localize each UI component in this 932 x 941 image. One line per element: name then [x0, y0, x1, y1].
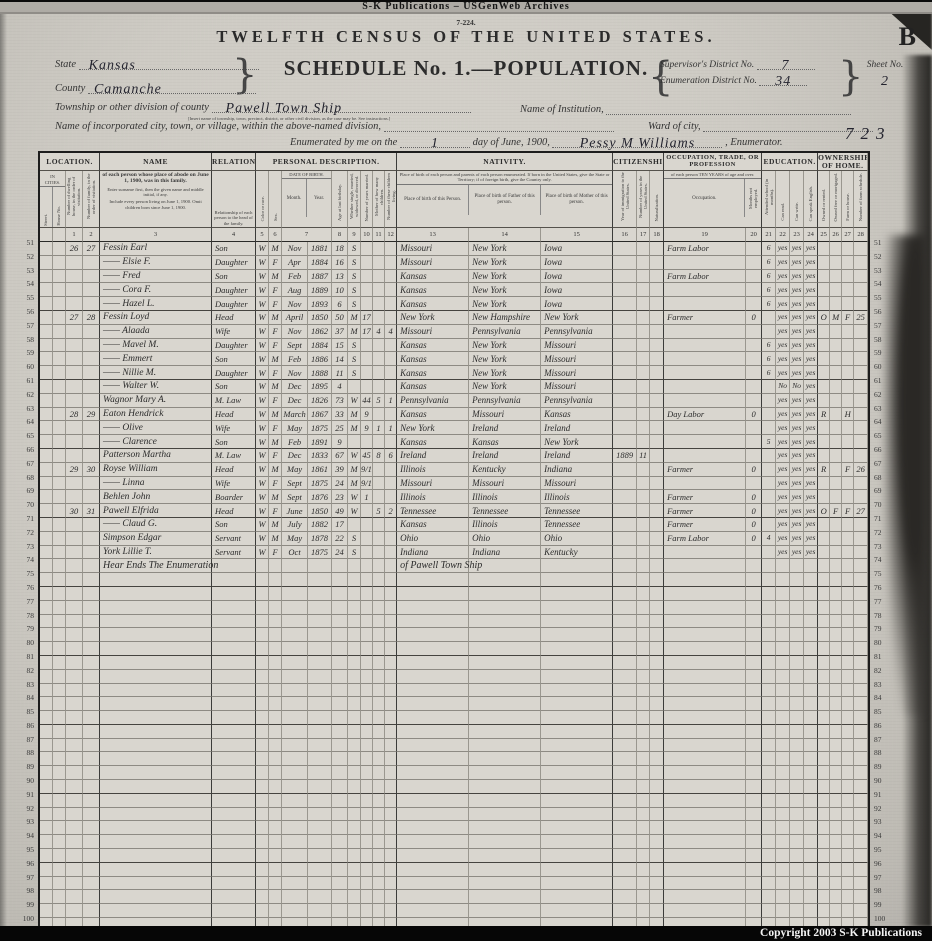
line-number: 92 [874, 802, 896, 816]
table-row [40, 628, 868, 642]
enumeration-district-label: Enumeration District No. [660, 76, 757, 86]
state-value-handwritten: Kansas [89, 58, 136, 73]
census-table-header: LOCATION. NAME RELATION. PERSONAL DESCRI… [40, 153, 868, 242]
line-number: 63 [12, 402, 34, 416]
pob-father-label: Place of birth of Father of this person. [469, 185, 541, 215]
line-number: 84 [12, 691, 34, 705]
line-number: 85 [12, 705, 34, 719]
family-column-label: Number of family, in the order of visita… [83, 171, 100, 228]
line-number: 70 [12, 498, 34, 512]
dob-label: DATE OF BIRTH. [282, 171, 331, 178]
sheet-number-block: Sheet No. 2 [857, 60, 913, 90]
line-number: 75 [12, 567, 34, 581]
sex-column-label: Sex. [269, 171, 282, 228]
table-row [40, 684, 868, 698]
table-row [40, 808, 868, 822]
dob-month-label: Month. [282, 179, 307, 217]
line-number: 83 [12, 678, 34, 692]
marital-column-label: Whether single, married, widowed, or div… [348, 171, 361, 228]
line-number: 52 [12, 250, 34, 264]
table-row: —— Mavel M.DaughterWFSept188415SKansasNe… [40, 339, 868, 353]
table-row [40, 711, 868, 725]
table-row [40, 642, 868, 656]
enumerator-label: , Enumerator. [725, 137, 782, 148]
table-row: —— Cora F.DaughterWFAug188910SKansasNew … [40, 283, 868, 297]
table-row [40, 877, 868, 891]
city-label: Name of incorporated city, town, or vill… [55, 121, 381, 132]
line-number: 86 [12, 719, 34, 733]
table-row [40, 752, 868, 766]
line-number: 99 [874, 898, 896, 912]
line-number: 87 [874, 733, 896, 747]
line-number: 53 [12, 264, 34, 278]
township-label: Township or other division of county [55, 102, 209, 113]
copyright-text: Copyright 2003 S-K Publications [760, 927, 922, 939]
line-number: 55 [12, 291, 34, 305]
line-number: 77 [12, 595, 34, 609]
line-number: 97 [874, 871, 896, 885]
line-number: 76 [12, 581, 34, 595]
archive-banner-text: S-K Publications – USGenWeb Archives [362, 1, 570, 12]
table-row [40, 656, 868, 670]
line-number: 54 [12, 277, 34, 291]
table-row: —— Walter W.SonWMDec18954KansasNew YorkM… [40, 380, 868, 394]
table-row: 2930Royse WilliamHeadWMMay186139M9/12Ill… [40, 463, 868, 477]
immigration-year-column-label: Year of immigration to the United States… [613, 171, 637, 228]
occupation-column-label: Occupation. [664, 179, 745, 217]
table-row: 2728Fessin LoydHeadWMApril185050M17New Y… [40, 311, 868, 325]
line-number: 91 [12, 788, 34, 802]
dob-header: DATE OF BIRTH. Month. Year. [282, 171, 332, 228]
supervisor-district-label: Supervisor's District No. [660, 60, 754, 70]
table-row [40, 904, 868, 918]
page-number-handwritten: 723 [845, 124, 892, 144]
line-number: 68 [12, 471, 34, 485]
line-number: 80 [12, 636, 34, 650]
sheet-label: Sheet No. [857, 60, 913, 70]
state-line: State Kansas [55, 58, 259, 70]
occupation-desc: of each person TEN YEARS of age and over… [664, 171, 761, 178]
line-number: 93 [12, 815, 34, 829]
group-ownership: OWNERSHIP OF HOME. [818, 153, 868, 171]
line-number: 99 [12, 898, 34, 912]
census-table-body: 2627Fessin EarlSonWMNov188118SMissouriNe… [40, 242, 868, 932]
table-row: Simpson EdgarServantWMMay187822SOhioOhio… [40, 532, 868, 546]
table-row: Behlen JohnBoarderWMSept187623W1Illinois… [40, 490, 868, 504]
table-row: —— Nillie M.DaughterWFNov188811SKansasNe… [40, 366, 868, 380]
line-number: 60 [12, 360, 34, 374]
table-row [40, 849, 868, 863]
line-number: 74 [12, 553, 34, 567]
table-row: 3031Pawell ElfridaHeadWFJune185049W52Ten… [40, 504, 868, 518]
table-row [40, 863, 868, 877]
table-row [40, 780, 868, 794]
school-column-label: Attended school (in months). [762, 171, 776, 228]
table-row [40, 794, 868, 808]
line-number: 88 [12, 746, 34, 760]
table-row: 2627Fessin EarlSonWMNov188118SMissouriNe… [40, 242, 868, 256]
farm-house-column-label: Farm or house. [842, 171, 854, 228]
table-row [40, 739, 868, 753]
pob-person-label: Place of birth of this Person. [397, 185, 469, 215]
form-number: 7-224. [0, 18, 932, 27]
months-unemployed-column-label: Months not employed. [748, 179, 758, 217]
line-number: 72 [12, 526, 34, 540]
county-line: County Camanche [55, 82, 256, 94]
house-no-column-label: House No. [56, 205, 61, 227]
line-number: 78 [12, 609, 34, 623]
group-name: NAME [100, 153, 212, 171]
can-read-column-label: Can read. [776, 171, 790, 228]
line-number: 61 [12, 374, 34, 388]
years-us-column-label: Number of years in the United States. [637, 171, 650, 228]
line-number: 65 [12, 429, 34, 443]
enumerated-label: Enumerated by me on the [290, 137, 397, 148]
line-number: 91 [874, 788, 896, 802]
table-row: —— Hazel L.DaughterWFNov18936SKansasNew … [40, 297, 868, 311]
line-number: 67 [12, 457, 34, 471]
ward-line: Ward of city, [648, 120, 873, 132]
table-row: 2829Eaton HendrickHeadWMMarch186733M9Kan… [40, 408, 868, 422]
can-write-column-label: Can write. [790, 171, 804, 228]
table-row [40, 821, 868, 835]
table-row: Hear Ends The Enumerationof Pawell Town … [40, 559, 868, 573]
table-row: —— ClarenceSonWMFeb18919KansasKansasNew … [40, 435, 868, 449]
scan-edge-left [0, 0, 7, 941]
table-row: —— LinnaWifeWFSept187524M9/12MissouriMis… [40, 477, 868, 491]
naturalization-column-label: Naturalization. [650, 171, 664, 228]
institution-label: Name of Institution, [520, 104, 604, 115]
table-row: Wagnor Mary A.M. LawWFDec182673W4451Penn… [40, 394, 868, 408]
table-row: —— EmmertSonWMFeb188614SKansasNew YorkMi… [40, 352, 868, 366]
ward-label: Ward of city, [648, 121, 701, 132]
scan-artifact-blob [884, 235, 926, 715]
street-column-label: Street. [43, 213, 48, 227]
line-number: 90 [12, 774, 34, 788]
column-numbers-row: 12 3 4 56 7 89 1011 12 131415 161718 192… [40, 228, 868, 242]
line-number: 96 [874, 857, 896, 871]
in-cities-label: IN CITIES. [40, 173, 65, 186]
children-living-column-label: Number of these children living. [385, 171, 397, 228]
table-row: York Lillie T.ServantWFOct187524SIndiana… [40, 546, 868, 560]
table-row [40, 615, 868, 629]
line-number: 64 [12, 415, 34, 429]
sheet-side-letter: B [899, 22, 916, 52]
line-number: 73 [12, 540, 34, 554]
line-number: 59 [12, 346, 34, 360]
line-number: 95 [874, 843, 896, 857]
line-number: 88 [874, 746, 896, 760]
enumerated-line: Enumerated by me on the 1 day of June, 1… [290, 136, 783, 148]
state-label: State [55, 59, 76, 70]
line-number: 81 [12, 650, 34, 664]
table-row [40, 725, 868, 739]
table-row: —— Elsie F.DaughterWFApr188416SMissouriN… [40, 256, 868, 270]
enumerated-day-handwritten: 1 [431, 136, 439, 151]
line-number: 71 [12, 512, 34, 526]
city-line: Name of incorporated city, town, or vill… [55, 120, 614, 132]
line-number: 51 [12, 236, 34, 250]
line-number: 100 [12, 912, 34, 926]
line-number: 86 [874, 719, 896, 733]
can-english-column-label: Can speak English. [804, 171, 818, 228]
enumerator-name-handwritten: Pessy M Williams [580, 136, 696, 151]
line-number: 62 [12, 388, 34, 402]
line-number: 89 [874, 760, 896, 774]
table-row [40, 890, 868, 904]
institution-line: Name of Institution, [520, 103, 851, 115]
census-scan-page: S-K Publications – USGenWeb Archives 7-2… [0, 0, 932, 941]
group-personal: PERSONAL DESCRIPTION. [256, 153, 397, 171]
schedule-title: SCHEDULE No. 1.—POPULATION. [248, 56, 684, 81]
farm-schedule-column-label: Number of farm schedule. [854, 171, 868, 228]
line-number: 57 [12, 319, 34, 333]
line-number: 93 [874, 815, 896, 829]
table-row [40, 587, 868, 601]
line-number: 56 [12, 305, 34, 319]
age-column-label: Age at last birthday. [332, 171, 348, 228]
line-number: 79 [12, 622, 34, 636]
relation-column-desc: Relationship of each person to the head … [212, 171, 256, 228]
township-value-handwritten: Pawell Town Ship [226, 101, 343, 116]
archive-banner: S-K Publications – USGenWeb Archives [0, 0, 932, 14]
county-value-handwritten: Camanche [94, 82, 162, 97]
group-relation: RELATION. [212, 153, 256, 171]
census-table: LOCATION. NAME RELATION. PERSONAL DESCRI… [38, 151, 870, 934]
census-title: TWELFTH CENSUS OF THE UNITED STATES. [0, 27, 932, 47]
mother-of-column-label: Mother of how many children. [373, 171, 385, 228]
line-number: 89 [12, 760, 34, 774]
nativity-desc: Place of birth of each person and parent… [397, 171, 612, 184]
table-row [40, 835, 868, 849]
pob-mother-label: Place of birth of Mother of this person. [541, 185, 612, 215]
line-number: 94 [874, 829, 896, 843]
line-number: 66 [12, 443, 34, 457]
color-column-label: Color or race. [256, 171, 269, 228]
line-number: 87 [12, 733, 34, 747]
line-number: 100 [874, 912, 896, 926]
table-row: Patterson MarthaM. LawWFDec183367W4586Ir… [40, 449, 868, 463]
owned-rented-column-label: Owned or rented. [818, 171, 830, 228]
group-citizenship: CITIZENSHIP. [613, 153, 664, 171]
sheet-value-handwritten: 2 [857, 74, 913, 90]
table-row [40, 697, 868, 711]
in-cities-header: IN CITIES. Street. House No. [40, 171, 66, 228]
dob-year-label: Year. [307, 179, 331, 217]
county-label: County [55, 83, 85, 94]
occupation-header: of each person TEN YEARS of age and over… [664, 171, 762, 228]
table-row: —— Claud G.SonWMJuly188217KansasIllinois… [40, 518, 868, 532]
group-nativity: NATIVITY. [397, 153, 613, 171]
township-line: Township or other division of county Paw… [55, 101, 471, 113]
group-location: LOCATION. [40, 153, 100, 171]
line-number: 82 [12, 664, 34, 678]
table-row [40, 601, 868, 615]
enumerated-date-label: day of June, 1900, [473, 137, 550, 148]
line-number: 96 [12, 857, 34, 871]
dwelling-column-label: Number of dwelling house, in the order o… [66, 171, 83, 228]
line-number: 98 [12, 884, 34, 898]
table-row: —— OliveWifeWFMay187525M911New YorkIrela… [40, 421, 868, 435]
group-occupation: OCCUPATION, TRADE, OR PROFESSION [664, 153, 762, 171]
table-row: —— AlaadaWifeWFNov186237M1744MissouriPen… [40, 325, 868, 339]
free-mortgaged-column-label: Owned free or mortgaged. [830, 171, 842, 228]
enumeration-district-value: 34 [775, 74, 791, 89]
line-number: 69 [12, 484, 34, 498]
district-block: Supervisor's District No. 7 Enumeration … [660, 58, 850, 90]
nativity-header: Place of birth of each person and parent… [397, 171, 613, 228]
line-number: 98 [874, 884, 896, 898]
line-number: 58 [12, 333, 34, 347]
line-number: 97 [12, 871, 34, 885]
table-row: —— FredSonWMFeb188713SKansasNew YorkIowa… [40, 270, 868, 284]
line-number: 95 [12, 843, 34, 857]
copyright-bar: Copyright 2003 S-K Publications [0, 926, 932, 941]
name-column-desc: of each person whose place of abode on J… [100, 171, 212, 228]
group-education: EDUCATION. [762, 153, 818, 171]
table-row [40, 766, 868, 780]
years-married-column-label: Number of years married. [361, 171, 373, 228]
supervisor-district-value: 7 [782, 58, 790, 73]
line-numbers-left: 5152535455565758596061626364656667686970… [12, 236, 34, 926]
table-row [40, 670, 868, 684]
line-number: 90 [874, 774, 896, 788]
line-number: 92 [12, 802, 34, 816]
line-number: 94 [12, 829, 34, 843]
table-row [40, 573, 868, 587]
